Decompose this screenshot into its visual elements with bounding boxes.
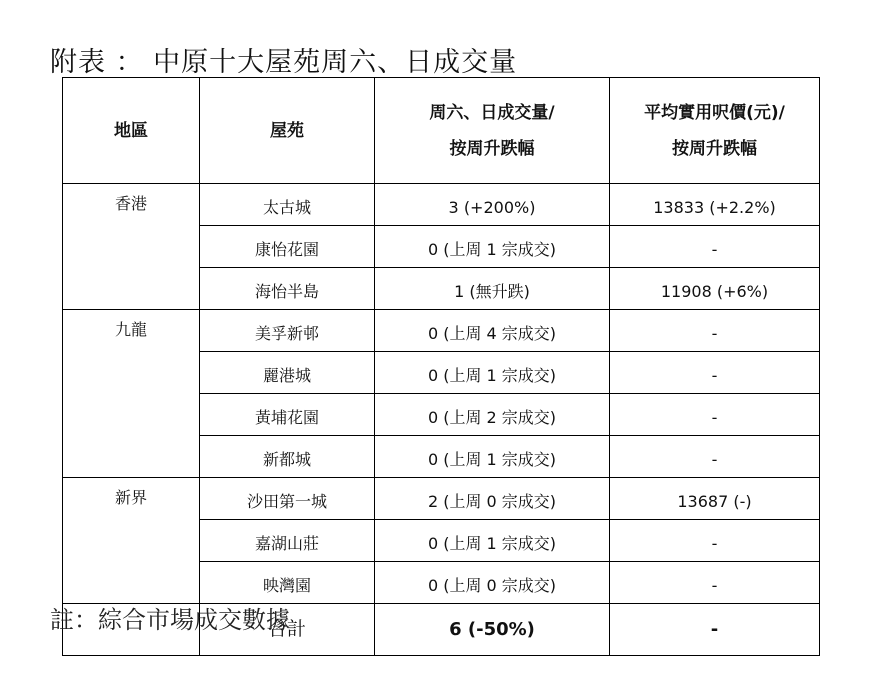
- page-title: 附表 ： 中原十大屋苑周六、日成交量: [50, 40, 517, 79]
- volume-cell: 0 (上周 0 宗成交): [375, 562, 610, 604]
- price-cell: -: [610, 394, 820, 436]
- volume-cell: 0 (上周 1 宗成交): [375, 520, 610, 562]
- price-cell: -: [610, 310, 820, 352]
- price-cell: -: [610, 352, 820, 394]
- volume-cell: 1 (無升跌): [375, 268, 610, 310]
- estate-cell: 麗港城: [200, 352, 375, 394]
- estate-cell: 太古城: [200, 184, 375, 226]
- region-cell: 香港: [63, 184, 200, 310]
- volume-cell: 0 (上周 2 宗成交): [375, 394, 610, 436]
- volume-cell: 0 (上周 4 宗成交): [375, 310, 610, 352]
- table-row: 新界 沙田第一城 2 (上周 0 宗成交) 13687 (-): [63, 478, 820, 520]
- table-row: 九龍 美孚新邨 0 (上周 4 宗成交) -: [63, 310, 820, 352]
- total-price: -: [610, 604, 820, 656]
- region-cell: 新界: [63, 478, 200, 604]
- header-volume: 周六、日成交量/按周升跌幅: [375, 78, 610, 184]
- price-cell: 11908 (+6%): [610, 268, 820, 310]
- footnote: 註：綜合市場成交數據: [50, 600, 290, 635]
- header-price: 平均實用呎價(元)/按周升跌幅: [610, 78, 820, 184]
- header-region: 地區: [63, 78, 200, 184]
- estate-cell: 嘉湖山莊: [200, 520, 375, 562]
- estate-cell: 沙田第一城: [200, 478, 375, 520]
- price-cell: 13833 (+2.2%): [610, 184, 820, 226]
- price-cell: -: [610, 436, 820, 478]
- volume-cell: 3 (+200%): [375, 184, 610, 226]
- price-cell: -: [610, 562, 820, 604]
- estate-cell: 美孚新邨: [200, 310, 375, 352]
- volume-cell: 0 (上周 1 宗成交): [375, 436, 610, 478]
- estate-cell: 海怡半島: [200, 268, 375, 310]
- estate-cell: 映灣園: [200, 562, 375, 604]
- estate-cell: 黃埔花園: [200, 394, 375, 436]
- estate-transactions-table: 地區 屋苑 周六、日成交量/按周升跌幅 平均實用呎價(元)/按周升跌幅 香港 太…: [62, 77, 820, 656]
- estate-cell: 康怡花園: [200, 226, 375, 268]
- region-cell: 九龍: [63, 310, 200, 478]
- total-volume: 6 (-50%): [375, 604, 610, 656]
- price-cell: -: [610, 226, 820, 268]
- volume-cell: 0 (上周 1 宗成交): [375, 352, 610, 394]
- estate-cell: 新都城: [200, 436, 375, 478]
- price-cell: 13687 (-): [610, 478, 820, 520]
- table-header-row: 地區 屋苑 周六、日成交量/按周升跌幅 平均實用呎價(元)/按周升跌幅: [63, 78, 820, 184]
- header-estate: 屋苑: [200, 78, 375, 184]
- price-cell: -: [610, 520, 820, 562]
- table-row: 香港 太古城 3 (+200%) 13833 (+2.2%): [63, 184, 820, 226]
- volume-cell: 2 (上周 0 宗成交): [375, 478, 610, 520]
- volume-cell: 0 (上周 1 宗成交): [375, 226, 610, 268]
